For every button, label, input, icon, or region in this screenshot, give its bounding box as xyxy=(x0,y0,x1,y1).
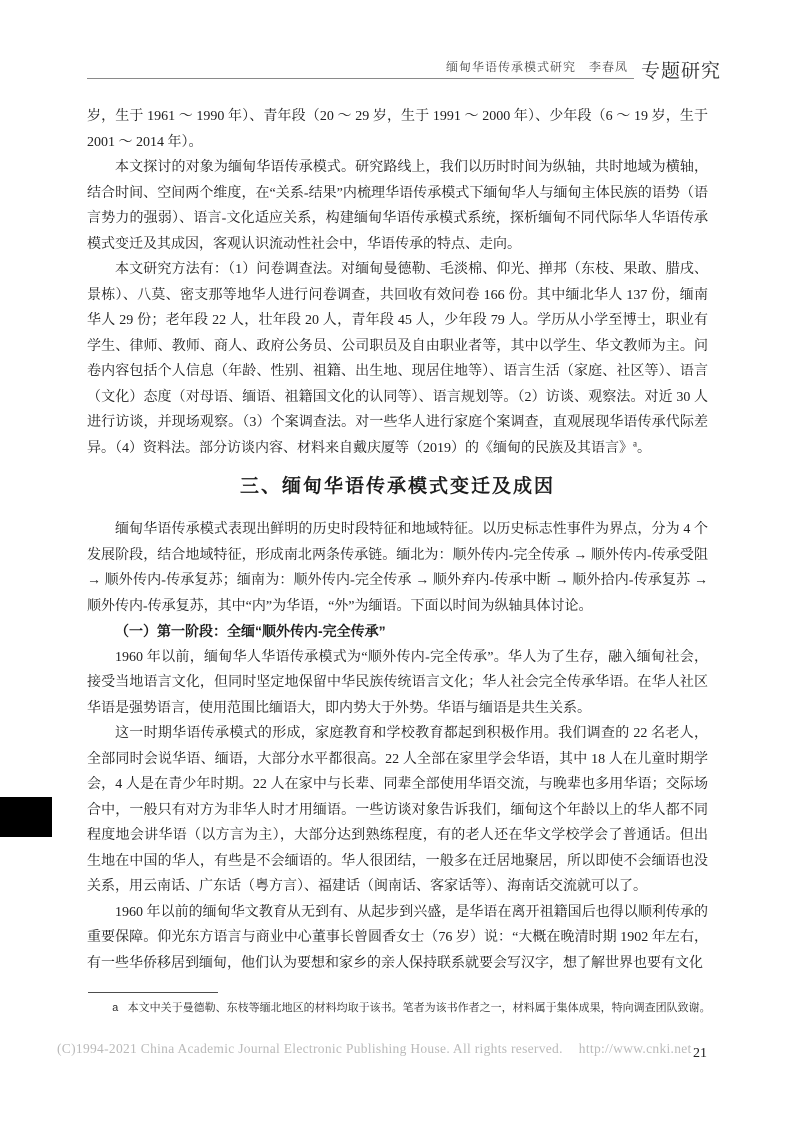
paragraph-research-route: 本文探讨的对象为缅甸华语传承模式。研究路线上，我们以历时时间为纵轴，共时地域为横… xyxy=(87,155,708,257)
article-body: 岁，生于 1961 ～ 1990 年）、青年段（20 ～ 29 岁，生于 199… xyxy=(87,104,708,976)
paragraph-elder-survey: 这一时期华语传承模式的形成，家庭教育和学校教育都起到积极作用。我们调查的 22 … xyxy=(87,721,708,900)
paragraph-methods-text: 本文研究方法有：（1）问卷调查法。对缅甸曼德勒、毛淡棉、仰光、掸邦（东枝、果敢、… xyxy=(87,262,708,456)
redaction-block xyxy=(0,797,52,837)
paragraph-stages-overview: 缅甸华语传承模式表现出鲜明的历史时段特征和地域特征。以历史标志性事件为界点，分为… xyxy=(87,517,708,619)
footnote-marker: a xyxy=(112,1001,119,1017)
copyright-text: (C)1994-2021 China Academic Journal Elec… xyxy=(57,1041,563,1056)
subsection-heading-stage-one: （一）第一阶段：全缅“顺外传内-完全传承” xyxy=(87,619,708,645)
footnote-divider xyxy=(88,992,218,993)
column-section-label: 专题研究 xyxy=(641,56,721,83)
cnki-url: http://www.cnki.net xyxy=(579,1041,692,1056)
footnote-text: 本文中关于曼德勒、东枝等缅北地区的材料均取于该书。笔者为该书作者之一，材料属于集… xyxy=(128,1002,711,1014)
paragraph-methods-tail: 。 xyxy=(637,441,651,456)
footnote: a本文中关于曼德勒、东枝等缅北地区的材料均取于该书。笔者为该书作者之一，材料属于… xyxy=(88,1000,710,1017)
paragraph-education-history: 1960 年以前的缅甸华文教育从无到有、从起步到兴盛，是华语在离开祖籍国后也得以… xyxy=(87,900,708,977)
copyright-watermark: (C)1994-2021 China Academic Journal Elec… xyxy=(57,1041,757,1057)
header-rule xyxy=(87,78,634,79)
section-heading: 三、缅甸华语传承模式变迁及成因 xyxy=(87,473,708,501)
journal-page: 缅甸华语传承模式研究 李春凤 专题研究 岁，生于 1961 ～ 1990 年）、… xyxy=(0,0,794,1123)
paragraph-continuation: 岁，生于 1961 ～ 1990 年）、青年段（20 ～ 29 岁，生于 199… xyxy=(87,104,708,155)
running-title: 缅甸华语传承模式研究 李春凤 xyxy=(88,58,628,75)
page-number: 21 xyxy=(693,1046,707,1062)
paragraph-before-1960: 1960 年以前，缅甸华人华语传承模式为“顺外传内-完全传承”。华人为了生存，融… xyxy=(87,645,708,722)
paragraph-methods: 本文研究方法有：（1）问卷调查法。对缅甸曼德勒、毛淡棉、仰光、掸邦（东枝、果敢、… xyxy=(87,257,708,461)
